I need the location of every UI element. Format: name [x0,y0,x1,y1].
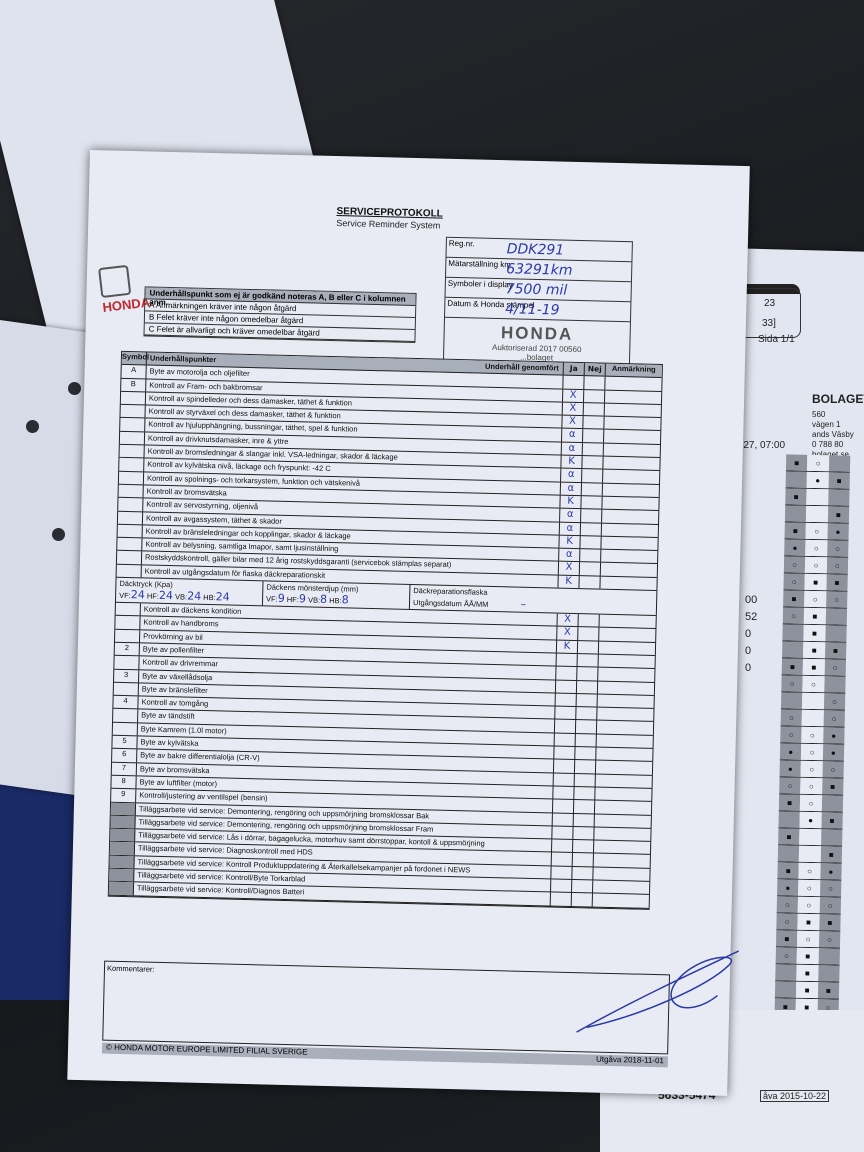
checkbox-yes[interactable] [554,747,575,760]
checkbox-no[interactable] [575,774,596,787]
row-symbol [115,616,140,629]
remark-cell[interactable] [600,576,656,590]
checkbox-no[interactable] [577,694,598,707]
checkbox-yes[interactable]: α [561,482,582,495]
remark-cell[interactable] [598,668,654,682]
row-symbol [120,432,145,445]
checkbox-no[interactable] [581,496,602,509]
date-value[interactable]: 4/11-19 [505,301,560,318]
remark-cell[interactable] [605,377,661,391]
row-symbol [121,392,146,405]
remark-cell[interactable] [605,390,661,404]
remark-cell[interactable] [597,721,653,735]
checkbox-yes[interactable] [551,866,572,879]
remark-cell[interactable] [596,761,652,775]
row-symbol [118,511,143,524]
checkbox-yes[interactable] [554,760,575,773]
remark-cell[interactable] [601,550,657,564]
checkbox-no[interactable] [578,641,599,654]
grid-cell: ○■■ [783,573,847,591]
checkbox-no[interactable] [583,430,604,443]
page-label: Sida 1/1 [758,334,795,345]
remark-cell[interactable] [593,880,649,894]
grid-cell: ●○○ [777,879,841,897]
grid-cell: ○○● [780,726,844,744]
checkbox-no[interactable] [582,456,603,469]
remark-cell[interactable] [594,841,650,855]
remark-cell[interactable] [596,774,652,788]
grid-cell: ○○■ [779,777,843,795]
checkbox-yes[interactable] [556,693,577,706]
checkbox-yes[interactable] [553,813,574,826]
row-symbol [110,829,135,842]
checkbox-yes[interactable] [551,879,572,892]
checkbox-yes[interactable] [555,733,576,746]
checkbox-no[interactable] [582,469,603,482]
remark-cell[interactable] [599,655,655,669]
display-label: Symboler i display [448,279,513,290]
checkbox-no[interactable] [574,787,595,800]
checkbox-yes[interactable]: X [563,389,584,402]
remark-cell[interactable] [599,615,655,629]
header-symbol: Symbol [122,352,147,365]
grid-cell: ■○○ [776,930,840,948]
checkbox-no[interactable] [584,403,605,416]
remark-cell[interactable] [597,708,653,722]
row-symbol [117,538,142,551]
company-address: 560 vägen 1 ands Väsby 0 788 80 bolaget.… [812,410,854,460]
checkbox-no[interactable] [572,880,593,893]
header-no: Nej [585,363,606,376]
checkbox-yes[interactable] [551,893,572,906]
checkbox-yes[interactable] [555,720,576,733]
grid-cell: ●■ [778,811,842,829]
row-symbol [111,802,136,815]
row-symbol: 7 [112,762,137,775]
checkbox-yes[interactable] [553,800,574,813]
header-remark: Anmärkning [606,364,662,378]
checkbox-yes[interactable]: α [562,429,583,442]
checkbox-yes[interactable]: α [560,522,581,535]
checkbox-yes[interactable]: K [561,456,582,469]
row-symbol [115,629,140,642]
edition: Utgåva 2018-11-01 [596,1055,664,1068]
grid-cell: ●○○ [780,760,844,778]
punch-hole [68,382,81,395]
checkbox-yes[interactable] [557,653,578,666]
checkbox-yes[interactable]: α [559,549,580,562]
numbers-fragment: 00 52 0 0 0 [745,592,757,677]
checkbox-no[interactable] [583,443,604,456]
grid-cell: ○○ [781,675,845,693]
honda-logo: HONDA [98,264,143,315]
grid-cell: ■ [785,505,849,523]
checkbox-no[interactable] [573,853,594,866]
checkbox-no[interactable] [576,734,597,747]
remark-cell[interactable] [603,470,659,484]
remark-cell[interactable] [604,417,660,431]
grid-cell: ○■ [783,607,847,625]
remark-cell[interactable] [603,483,659,497]
row-symbol [120,405,145,418]
grid-cell: ■ [782,624,846,642]
remark-cell[interactable] [595,801,651,815]
row-symbol [119,471,144,484]
checkbox-yes[interactable]: K [557,640,578,653]
checkbox-yes[interactable]: X [558,614,579,627]
remark-cell[interactable] [597,734,653,748]
row-symbol [119,458,144,471]
remark-cell[interactable] [603,457,659,471]
row-symbol: 3 [114,669,139,682]
remark-cell[interactable] [594,854,650,868]
remark-cell[interactable] [604,443,660,457]
copyright: © HONDA MOTOR EUROPE LIMITED FILIAL SVER… [106,1043,308,1059]
row-symbol [118,498,143,511]
remark-cell[interactable] [602,510,658,524]
checkbox-no[interactable] [581,509,602,522]
signature [566,942,748,1046]
row-symbol [120,445,145,458]
remark-cell[interactable] [601,563,657,577]
datetime-fragment: -27, 07:00 [740,440,785,451]
remark-cell[interactable] [598,681,654,695]
grid-cell: ■○○ [783,590,847,608]
row-symbol: 4 [113,696,138,709]
remark-cell[interactable] [605,404,661,418]
edition-fragment: åva 2015-10-22 [760,1090,829,1102]
checkbox-no[interactable] [575,747,596,760]
checkbox-no[interactable] [578,654,599,667]
checkbox-no[interactable] [584,376,605,389]
tire-pressure[interactable]: Däcktryck (Kpa) VF:24 HF:24 VB:24 HB:24 [116,578,264,606]
checkbox-no[interactable] [579,614,600,627]
checkbox-yes[interactable] [556,667,577,680]
display-value[interactable]: 7500 mil [506,281,568,298]
grid-cell: ■ [785,488,849,506]
grid-cell: ■ [778,828,842,846]
checkbox-yes[interactable] [552,840,573,853]
row-symbol [116,603,141,616]
checkbox-no[interactable] [576,720,597,733]
row-symbol [109,869,134,882]
checkbox-no[interactable] [578,627,599,640]
vehicle-info-box: Reg.nr.DDK291 Mätarställning km63291km S… [443,237,633,376]
checkbox-yes[interactable]: α [561,469,582,482]
checkbox-yes[interactable]: X [562,416,583,429]
right-fragment: 33] [762,318,776,329]
grid-cell: ○○ [781,709,845,727]
row-symbol: 8 [111,776,136,789]
grid-cell: ○ [781,692,845,710]
checkbox-no[interactable] [573,840,594,853]
checkbox-yes[interactable]: α [562,442,583,455]
remark-cell[interactable] [593,867,649,881]
checkbox-yes[interactable]: X [557,627,578,640]
checkbox-yes[interactable] [556,680,577,693]
row-symbol: 9 [111,789,136,802]
row-symbol: B [121,378,146,391]
grid-cell: ○○○ [784,556,848,574]
grid-cell: ○○○ [777,896,841,914]
grid-cell: ■○ [779,794,843,812]
remark-cell[interactable] [602,497,658,511]
remark-cell[interactable] [601,536,657,550]
grid-cell: ■○ [786,454,850,472]
right-box [740,288,801,338]
company-name: BOLAGET [812,392,864,406]
checkbox-yes[interactable]: X [559,562,580,575]
checkbox-no[interactable] [577,667,598,680]
grid-cell: ■○● [777,862,841,880]
grid-cell: ○■ [776,947,840,965]
checkbox-yes[interactable] [553,786,574,799]
checkbox-no[interactable] [579,576,600,589]
checkbox-no[interactable] [582,483,603,496]
grid-cell: ■ [775,964,839,982]
reg-value[interactable]: DDK291 [507,241,565,258]
reg-label: Reg.nr. [449,239,475,249]
checkbox-yes[interactable]: α [560,509,581,522]
header-yes: Ja [564,363,585,376]
checkbox-no[interactable] [573,827,594,840]
row-symbol: 5 [112,736,137,749]
form-subtitle: Service Reminder System [336,218,440,231]
row-symbol [119,485,144,498]
checkbox-no[interactable] [580,549,601,562]
checkbox-no[interactable] [584,390,605,403]
tire-depth[interactable]: Däckens mönsterdjup (mm) VF:9 HF:9 VB:8 … [263,581,411,609]
checkbox-no[interactable] [576,707,597,720]
remark-cell[interactable] [594,827,650,841]
comments-label: Kommentarer: [107,964,155,974]
legend-box: Underhållspunkt som ej är godkänd notera… [143,286,416,343]
checkbox-yes[interactable] [552,826,573,839]
checkbox-yes[interactable]: K [559,535,580,548]
remark-cell[interactable] [604,430,660,444]
right-fragment: 23 [764,298,775,309]
row-symbol [109,882,134,895]
checkbox-no[interactable] [580,536,601,549]
checkbox-no[interactable] [574,814,595,827]
row-symbol [117,565,142,578]
grid-cell: ●■ [786,471,850,489]
row-symbol [120,418,145,431]
checkbox-no[interactable] [580,563,601,576]
row-symbol: 6 [112,749,137,762]
checkbox-no[interactable] [581,523,602,536]
service-protocol-form: HONDA SERVICEPROTOKOLL Service Reminder … [67,150,750,1096]
punch-hole [52,528,65,541]
punch-hole [26,420,39,433]
row-symbol [114,656,139,669]
checkbox-no[interactable] [577,681,598,694]
row-symbol [110,816,135,829]
row-symbol: 2 [115,643,140,656]
row-symbol [118,525,143,538]
checkbox-yes[interactable] [554,773,575,786]
checkbox-no[interactable] [572,867,593,880]
checkbox-yes[interactable] [552,853,573,866]
row-symbol [109,855,134,868]
grid-cell: ■○● [785,522,849,540]
checkbox-no[interactable] [572,893,593,906]
grid-cell: ■■ [782,641,846,659]
remark-cell[interactable] [598,694,654,708]
row-symbol [117,551,142,564]
row-symbol [113,722,138,735]
remark-cell[interactable] [599,641,655,655]
row-symbol [114,683,139,696]
row-symbol [113,709,138,722]
row-symbol [110,842,135,855]
remark-cell[interactable] [602,523,658,537]
checkbox-yes[interactable]: K [558,575,579,588]
grid-cell: ○■■ [776,913,840,931]
maintenance-table: Symbol UnderhållspunkterUnderhåll genomf… [108,351,663,910]
checkbox-no[interactable] [575,760,596,773]
checkbox-yes[interactable]: K [560,496,581,509]
honda-h-icon [98,265,131,298]
grid-cell: ■■ [775,981,839,999]
remark-cell[interactable] [599,628,655,642]
checkbox-yes[interactable] [555,707,576,720]
odometer-value[interactable]: 63291km [506,261,573,279]
row-symbol: A [121,365,146,378]
grid-cell: ■■○ [782,658,846,676]
grid-cell: ■ [778,845,842,863]
remark-cell[interactable] [595,787,651,801]
checkbox-no[interactable] [574,800,595,813]
remark-cell[interactable] [596,748,652,762]
service-interval-grid: ■○●■■■■○●●○○○○○○■■■○○○■■■■■■○○○○○○○○●●○●… [774,454,851,1055]
checkbox-yes[interactable]: X [563,403,584,416]
checkbox-yes[interactable] [563,376,584,389]
remark-cell[interactable] [593,894,649,908]
remark-cell[interactable] [595,814,651,828]
grid-cell: ●○● [780,743,844,761]
odometer-label: Mätarställning km [448,259,511,270]
checkbox-no[interactable] [583,416,604,429]
grid-cell: ●○○ [784,539,848,557]
